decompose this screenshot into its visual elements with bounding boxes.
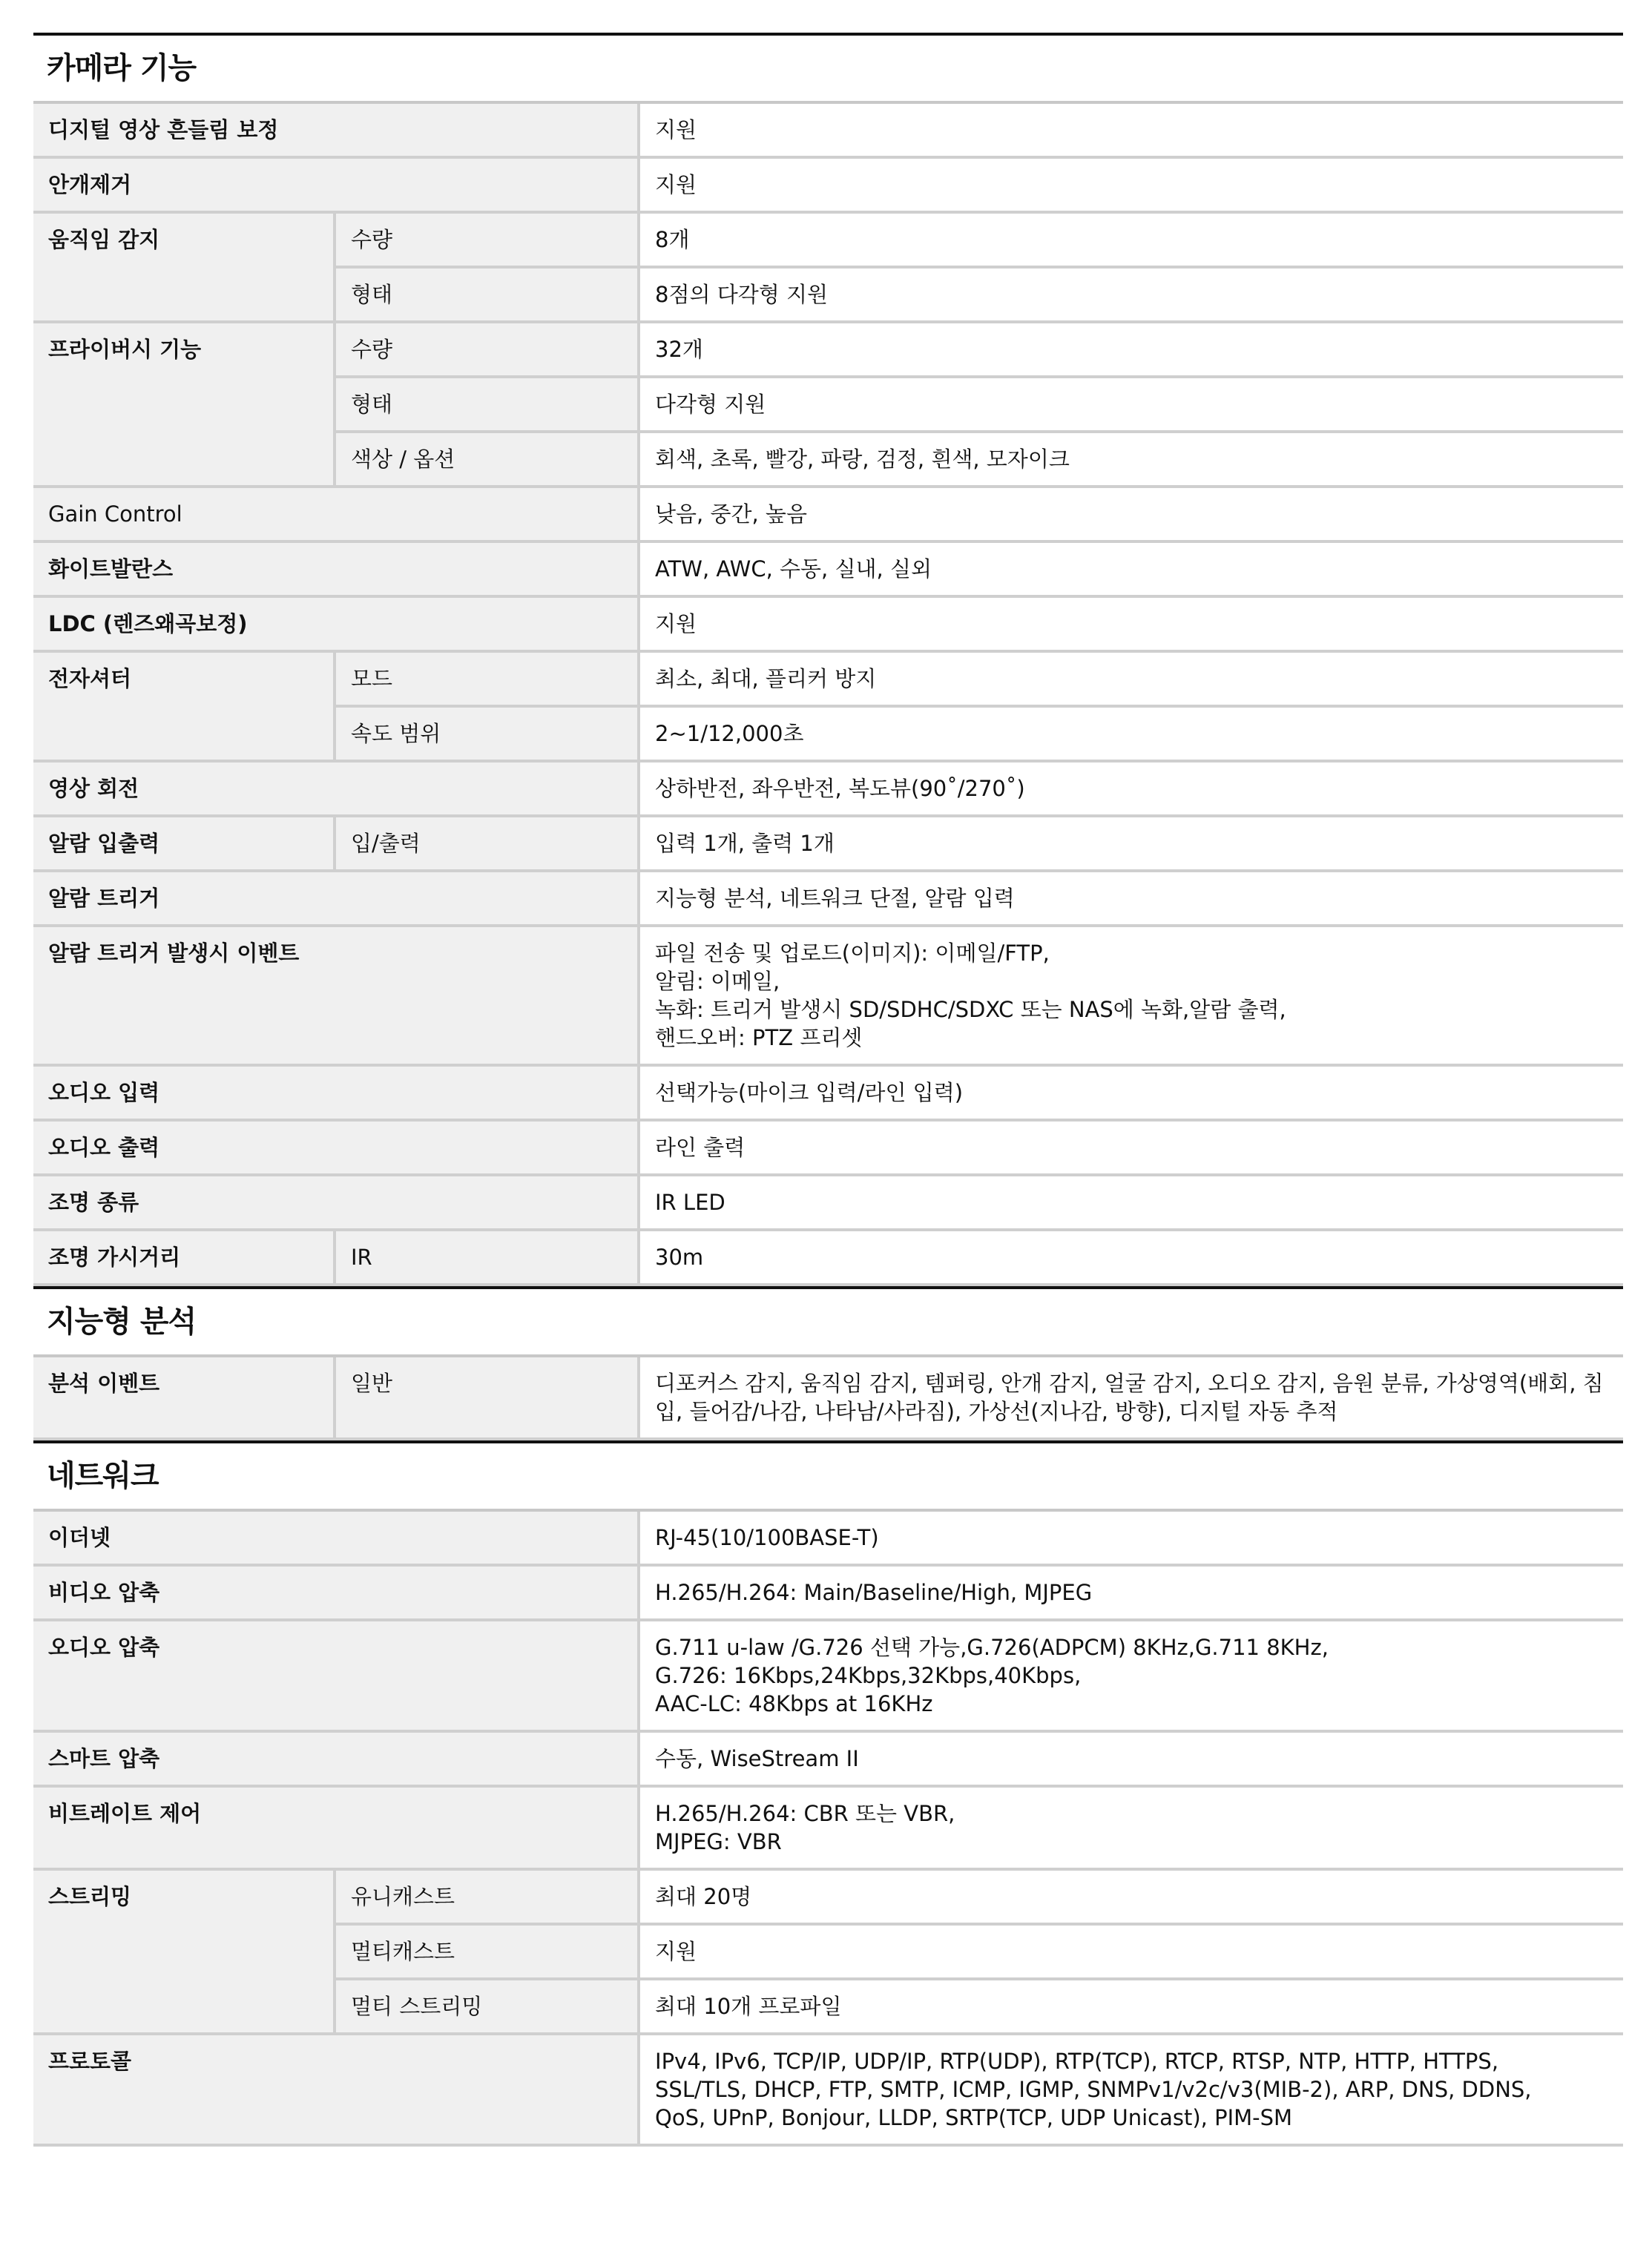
table-row: 프로토콜 IPv4, IPv6, TCP/IP, UDP/IP, RTP(UDP… [33, 2034, 1623, 2145]
spec-value: 지능형 분석, 네트워크 단절, 알람 입력 [639, 871, 1623, 926]
spec-sublabel: 형태 [335, 267, 639, 322]
table-row: 오디오 출력 라인 출력 [33, 1120, 1623, 1175]
spec-label: 조명 가시거리 [33, 1230, 335, 1285]
table-row: 알람 트리거 발생시 이벤트 파일 전송 및 업로드(이미지): 이메일/FTP… [33, 926, 1623, 1065]
spec-label: 이더넷 [33, 1512, 639, 1565]
spec-label: 화이트발란스 [33, 541, 639, 596]
table-row: 이더넷 RJ-45(10/100BASE-T) [33, 1512, 1623, 1565]
table-row: 조명 종류 IR LED [33, 1175, 1623, 1230]
spec-value: 32개 [639, 322, 1623, 377]
spec-value: 다각형 지원 [639, 377, 1623, 432]
spec-sublabel: 멀티캐스트 [335, 1924, 639, 1979]
table-row: 알람 트리거 지능형 분석, 네트워크 단절, 알람 입력 [33, 871, 1623, 926]
table-row: 스마트 압축 수동, WiseStream II [33, 1731, 1623, 1786]
spec-value: 최대 10개 프로파일 [639, 1979, 1623, 2034]
section-title: 지능형 분석 [33, 1289, 1623, 1357]
spec-value: 지원 [639, 157, 1623, 212]
spec-label: 전자셔터 [33, 651, 335, 761]
table-row: 프라이버시 기능 수량 32개 [33, 322, 1623, 377]
spec-table: 분석 이벤트 일반 디포커스 감지, 움직임 감지, 템퍼링, 안개 감지, 얼… [33, 1357, 1623, 1440]
spec-label: 비트레이트 제어 [33, 1786, 639, 1869]
spec-value: 입력 1개, 출력 1개 [639, 816, 1623, 871]
spec-sublabel: 입/출력 [335, 816, 639, 871]
spec-value: 최소, 최대, 플리커 방지 [639, 651, 1623, 706]
table-row: 화이트발란스 ATW, AWC, 수동, 실내, 실외 [33, 541, 1623, 596]
table-row: 오디오 입력 선택가능(마이크 입력/라인 입력) [33, 1065, 1623, 1120]
spec-label: 안개제거 [33, 157, 639, 212]
spec-value: 최대 20명 [639, 1869, 1623, 1924]
spec-value: 라인 출력 [639, 1120, 1623, 1175]
spec-label: Gain Control [33, 487, 639, 541]
spec-label: 비디오 압축 [33, 1565, 639, 1620]
table-row: 움직임 감지 수량 8개 [33, 212, 1623, 267]
table-row: 조명 가시거리 IR 30m [33, 1230, 1623, 1285]
spec-value: 회색, 초록, 빨강, 파랑, 검정, 흰색, 모자이크 [639, 432, 1623, 487]
table-row: 오디오 압축 G.711 u-law /G.726 선택 가능,G.726(AD… [33, 1620, 1623, 1731]
table-row: 비트레이트 제어 H.265/H.264: CBR 또는 VBR, MJPEG:… [33, 1786, 1623, 1869]
table-row: 스트리밍 유니캐스트 최대 20명 [33, 1869, 1623, 1924]
spec-value: 수동, WiseStream II [639, 1731, 1623, 1786]
spec-sublabel: 속도 범위 [335, 706, 639, 761]
spec-label: LDC (렌즈왜곡보정) [33, 596, 639, 651]
spec-label: 조명 종류 [33, 1175, 639, 1230]
spec-label: 디지털 영상 흔들림 보정 [33, 104, 639, 157]
spec-value: IPv4, IPv6, TCP/IP, UDP/IP, RTP(UDP), RT… [639, 2034, 1623, 2145]
spec-document: 카메라 기능 디지털 영상 흔들림 보정 지원 안개제거 지원 움직임 감지 수… [33, 33, 1623, 2147]
spec-value: 지원 [639, 104, 1623, 157]
spec-value: 선택가능(마이크 입력/라인 입력) [639, 1065, 1623, 1120]
spec-label: 분석 이벤트 [33, 1357, 335, 1439]
spec-value: G.711 u-law /G.726 선택 가능,G.726(ADPCM) 8K… [639, 1620, 1623, 1731]
spec-label: 영상 회전 [33, 761, 639, 816]
table-row: LDC (렌즈왜곡보정) 지원 [33, 596, 1623, 651]
spec-sublabel: 수량 [335, 212, 639, 267]
spec-label: 스마트 압축 [33, 1731, 639, 1786]
spec-table: 이더넷 RJ-45(10/100BASE-T) 비디오 압축 H.265/H.2… [33, 1512, 1623, 2147]
section-title: 카메라 기능 [33, 36, 1623, 104]
table-row: 알람 입출력 입/출력 입력 1개, 출력 1개 [33, 816, 1623, 871]
section-network: 네트워크 이더넷 RJ-45(10/100BASE-T) 비디오 압축 H.26… [33, 1440, 1623, 2147]
spec-label: 프로토콜 [33, 2034, 639, 2145]
spec-value: 상하반전, 좌우반전, 복도뷰(90˚/270˚) [639, 761, 1623, 816]
spec-value: 파일 전송 및 업로드(이미지): 이메일/FTP, 알림: 이메일, 녹화: … [639, 926, 1623, 1065]
spec-value: 2~1/12,000초 [639, 706, 1623, 761]
spec-label: 오디오 출력 [33, 1120, 639, 1175]
spec-value: RJ-45(10/100BASE-T) [639, 1512, 1623, 1565]
spec-value: 디포커스 감지, 움직임 감지, 템퍼링, 안개 감지, 얼굴 감지, 오디오 … [639, 1357, 1623, 1439]
spec-value: IR LED [639, 1175, 1623, 1230]
spec-label: 프라이버시 기능 [33, 322, 335, 487]
spec-value: H.265/H.264: Main/Baseline/High, MJPEG [639, 1565, 1623, 1620]
spec-sublabel: 수량 [335, 322, 639, 377]
spec-sublabel: 멀티 스트리밍 [335, 1979, 639, 2034]
spec-label: 움직임 감지 [33, 212, 335, 322]
section-title: 네트워크 [33, 1443, 1623, 1512]
table-row: 비디오 압축 H.265/H.264: Main/Baseline/High, … [33, 1565, 1623, 1620]
spec-sublabel: 형태 [335, 377, 639, 432]
spec-value: H.265/H.264: CBR 또는 VBR, MJPEG: VBR [639, 1786, 1623, 1869]
spec-label: 오디오 압축 [33, 1620, 639, 1731]
spec-sublabel: 모드 [335, 651, 639, 706]
spec-table: 디지털 영상 흔들림 보정 지원 안개제거 지원 움직임 감지 수량 8개 형태… [33, 104, 1623, 1286]
table-row: 영상 회전 상하반전, 좌우반전, 복도뷰(90˚/270˚) [33, 761, 1623, 816]
spec-value: 30m [639, 1230, 1623, 1285]
spec-value: 지원 [639, 1924, 1623, 1979]
spec-value: 8점의 다각형 지원 [639, 267, 1623, 322]
table-row: 디지털 영상 흔들림 보정 지원 [33, 104, 1623, 157]
spec-label: 오디오 입력 [33, 1065, 639, 1120]
section-intelligent-analytics: 지능형 분석 분석 이벤트 일반 디포커스 감지, 움직임 감지, 템퍼링, 안… [33, 1286, 1623, 1440]
spec-sublabel: 유니캐스트 [335, 1869, 639, 1924]
spec-label: 스트리밍 [33, 1869, 335, 2034]
spec-value: ATW, AWC, 수동, 실내, 실외 [639, 541, 1623, 596]
spec-sublabel: IR [335, 1230, 639, 1285]
table-row: Gain Control 낮음, 중간, 높음 [33, 487, 1623, 541]
table-row: 분석 이벤트 일반 디포커스 감지, 움직임 감지, 템퍼링, 안개 감지, 얼… [33, 1357, 1623, 1439]
spec-label: 알람 트리거 [33, 871, 639, 926]
spec-sublabel: 색상 / 옵션 [335, 432, 639, 487]
spec-value: 8개 [639, 212, 1623, 267]
table-row: 안개제거 지원 [33, 157, 1623, 212]
spec-value: 낮음, 중간, 높음 [639, 487, 1623, 541]
spec-label: 알람 트리거 발생시 이벤트 [33, 926, 639, 1065]
spec-label: 알람 입출력 [33, 816, 335, 871]
spec-value: 지원 [639, 596, 1623, 651]
section-camera-features: 카메라 기능 디지털 영상 흔들림 보정 지원 안개제거 지원 움직임 감지 수… [33, 33, 1623, 1286]
table-row: 전자셔터 모드 최소, 최대, 플리커 방지 [33, 651, 1623, 706]
spec-sublabel: 일반 [335, 1357, 639, 1439]
